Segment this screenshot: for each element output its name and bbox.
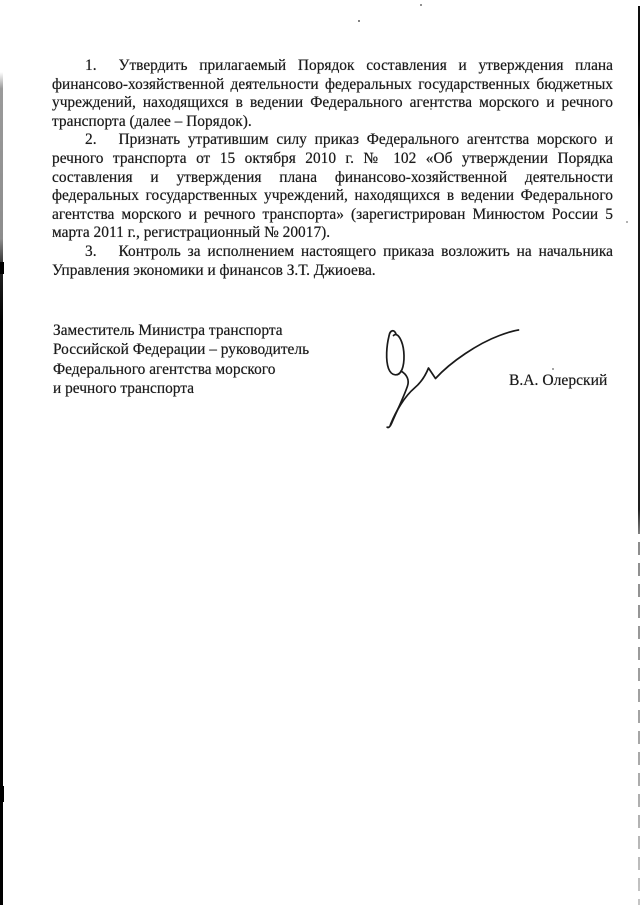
scan-noise-speck <box>358 20 360 22</box>
scan-noise-speck <box>420 4 422 6</box>
scanned-order-page: 1.Утвердить прилагаемый Порядок составле… <box>0 0 640 905</box>
signer-title: Заместитель Министра транспорта Российск… <box>53 321 309 398</box>
clause-2-number: 2. <box>85 131 97 148</box>
order-clause-1: 1.Утвердить прилагаемый Порядок составле… <box>52 57 613 131</box>
signer-title-line-4: и речного транспорта <box>53 379 309 398</box>
signer-name: В.А. Олерский <box>509 372 607 390</box>
scan-edge-artifact-left <box>0 72 3 905</box>
signer-title-line-1: Заместитель Министра транспорта <box>53 321 309 340</box>
scan-noise-speck <box>430 108 432 110</box>
order-clause-2: 2.Признать утратившим силу приказ Федера… <box>52 131 613 243</box>
scan-noise-speck <box>626 221 628 223</box>
handwritten-signature-icon <box>372 320 532 438</box>
order-body-text: 1.Утвердить прилагаемый Порядок составле… <box>52 57 613 280</box>
signer-title-line-3: Федерального агентства морского <box>53 360 309 379</box>
clause-3-text: Контроль за исполнением настоящего прика… <box>52 243 613 279</box>
scan-noise-speck <box>552 368 554 370</box>
order-clause-3: 3.Контроль за исполнением настоящего при… <box>52 243 613 280</box>
clause-1-text: Утвердить прилагаемый Порядок составлени… <box>52 57 613 130</box>
clause-3-number: 3. <box>85 243 97 260</box>
clause-2-text: Признать утратившим силу приказ Федераль… <box>52 131 613 241</box>
signer-title-line-2: Российской Федерации – руководитель <box>53 340 309 359</box>
clause-1-number: 1. <box>85 57 97 74</box>
